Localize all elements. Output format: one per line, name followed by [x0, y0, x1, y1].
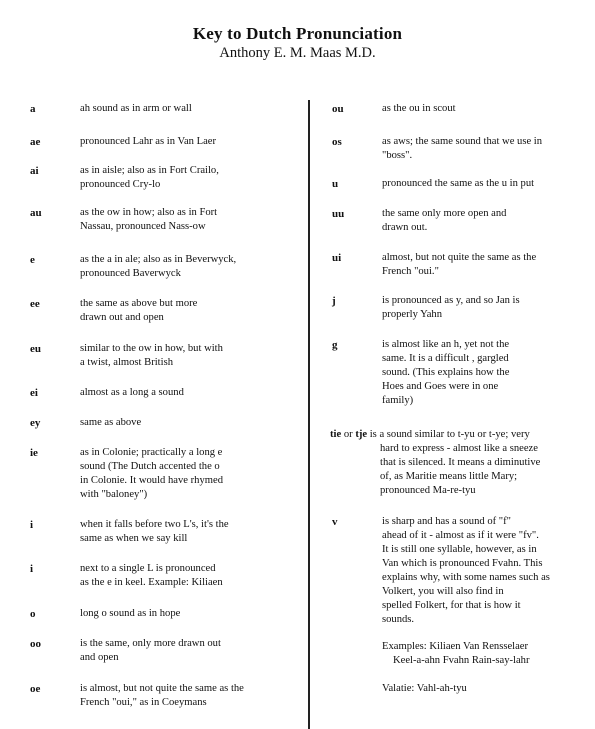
- entry-key: ae: [30, 135, 40, 149]
- entry-key: ee: [30, 297, 40, 311]
- entry-key: u: [332, 177, 338, 191]
- entry-key: eu: [30, 342, 41, 356]
- entry-key: v: [332, 515, 338, 529]
- entry-desc: is sharp and has a sound of "f" ahead of…: [382, 515, 595, 627]
- examples-pronunciation: Keel-a-ahn Fvahn Rain-say-lahr: [393, 654, 530, 668]
- entry-desc: long o sound as in hope: [80, 607, 320, 621]
- entry-desc: almost, but not quite the same as the Fr…: [382, 251, 595, 279]
- entry-key: au: [30, 206, 42, 220]
- entry-desc: next to a single L is pronounced as the …: [80, 562, 320, 590]
- entry-desc: pronounced the same as the u in put: [382, 177, 595, 191]
- entry-key: j: [332, 294, 336, 308]
- author-line: Anthony E. M. Maas M.D.: [0, 45, 595, 62]
- entry-key: os: [332, 135, 342, 149]
- entry-desc: ah sound as in arm or wall: [80, 102, 320, 116]
- page-title: Key to Dutch Pronunciation: [0, 24, 595, 44]
- entry-key: tie: [330, 429, 341, 440]
- examples-line: Examples: Kiliaen Van Rensselaer: [382, 640, 528, 654]
- entry-key: a: [30, 102, 36, 116]
- entry-key: ai: [30, 164, 39, 178]
- entry-desc: is pronounced as y, and so Jan is proper…: [382, 294, 595, 322]
- entry-desc: is almost, but not quite the same as the…: [80, 682, 320, 710]
- entry-desc: when it falls before two L's, it's the s…: [80, 518, 320, 546]
- entry-desc: similar to the ow in how, but with a twi…: [80, 342, 320, 370]
- entry-key: g: [332, 338, 338, 352]
- entry-desc: almost as a long a sound: [80, 386, 320, 400]
- entry-desc: as in Colonie; practically a long e soun…: [80, 446, 320, 502]
- entry-key: i: [30, 518, 33, 532]
- entry-key: uu: [332, 207, 344, 221]
- entry-desc: as the ow in how; also as in Fort Nassau…: [80, 206, 320, 234]
- entry-key: i: [30, 562, 33, 576]
- entry-desc: as the a in ale; also as in Beverwyck, p…: [80, 253, 320, 281]
- entry-desc: as the ou in scout: [382, 102, 595, 116]
- entry-key: ui: [332, 251, 341, 265]
- column-divider: [308, 100, 310, 729]
- entry-desc: as in aisle; also as in Fort Crailo, pro…: [80, 164, 320, 192]
- entry-key: ei: [30, 386, 38, 400]
- entry-key: oo: [30, 637, 41, 651]
- entry-desc: pronounced Lahr as in Van Laer: [80, 135, 320, 149]
- entry-desc: is almost like an h, yet not the same. I…: [382, 338, 595, 408]
- entry-desc: is the same, only more drawn out and ope…: [80, 637, 320, 665]
- entry-desc: tie or tje is a sound similar to t-yu or…: [330, 428, 595, 498]
- entry-key: oe: [30, 682, 40, 696]
- entry-desc: as aws; the same sound that we use in "b…: [382, 135, 595, 163]
- valatie-example: Valatie: Vahl-ah-tyu: [382, 682, 467, 696]
- entry-key: ey: [30, 416, 40, 430]
- entry-desc: the same only more open and drawn out.: [382, 207, 595, 235]
- entry-key: ou: [332, 102, 344, 116]
- entry-key: ie: [30, 446, 38, 460]
- entry-desc: the same as above but more drawn out and…: [80, 297, 320, 325]
- entry-key: e: [30, 253, 35, 267]
- entry-key: o: [30, 607, 36, 621]
- entry-desc: same as above: [80, 416, 320, 430]
- entry-key: tje: [355, 429, 367, 440]
